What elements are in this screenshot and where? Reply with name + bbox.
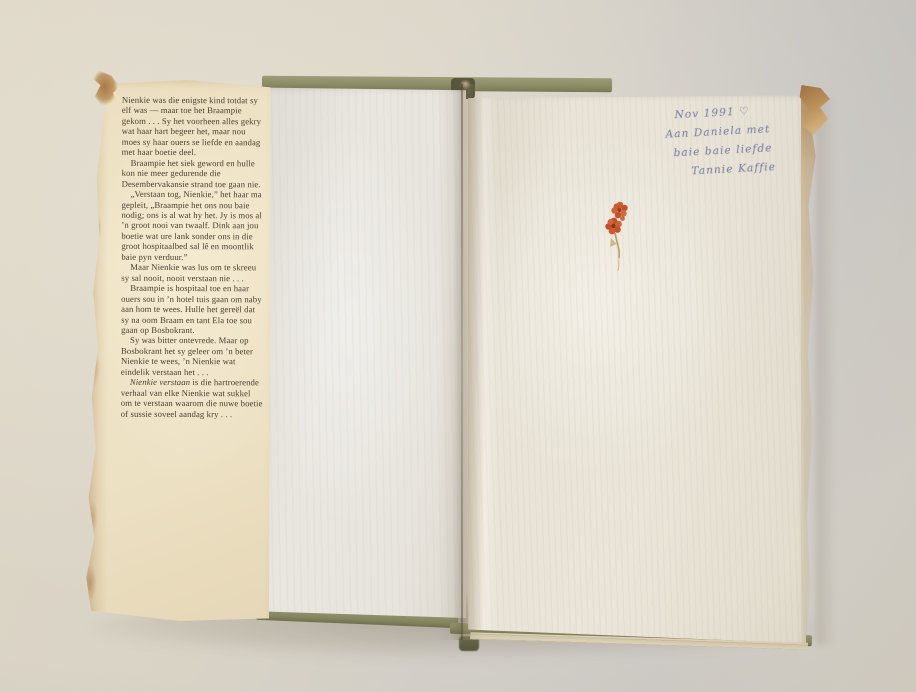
flap-blurb-text: Nienkie was die enigste kind totdat sy e… <box>121 95 265 420</box>
dust-jacket-flap: Nienkie was die enigste kind totdat sy e… <box>85 78 271 625</box>
torn-flap-corner <box>92 70 120 108</box>
flap-paragraph: „Verstaan tog, Nienkie,” het haar ma gep… <box>121 189 264 263</box>
flap-closing-paragraph: Nienkie verstaan is die hartroerende ver… <box>121 377 264 419</box>
flap-paragraph: Nienkie was die enigste kind totdat sy e… <box>122 95 265 158</box>
flap-paragraph: Sy was bitter ontevrede. Maar op Bosbokr… <box>121 335 264 377</box>
flap-paragraph: Braampie is hospitaal toe en haar ouers … <box>121 283 264 336</box>
photo-of-open-book: Nienkie was die enigste kind totdat sy e… <box>0 0 916 692</box>
flap-paragraph: Braampie het siek geword en hulle kon ni… <box>122 158 265 190</box>
book-gutter-fold <box>438 84 490 640</box>
pressed-flower <box>599 197 637 273</box>
book-title-italic: Nienkie verstaan <box>130 377 190 387</box>
right-edge-shadow <box>816 100 842 645</box>
left-pastedown-endpaper <box>266 86 466 618</box>
handwritten-inscription: Nov 1991 ♡ Aan Daniela met baie baie lie… <box>664 99 808 182</box>
flap-paragraph: Maar Nienkie was lus om te skreeu sy sal… <box>121 262 264 283</box>
